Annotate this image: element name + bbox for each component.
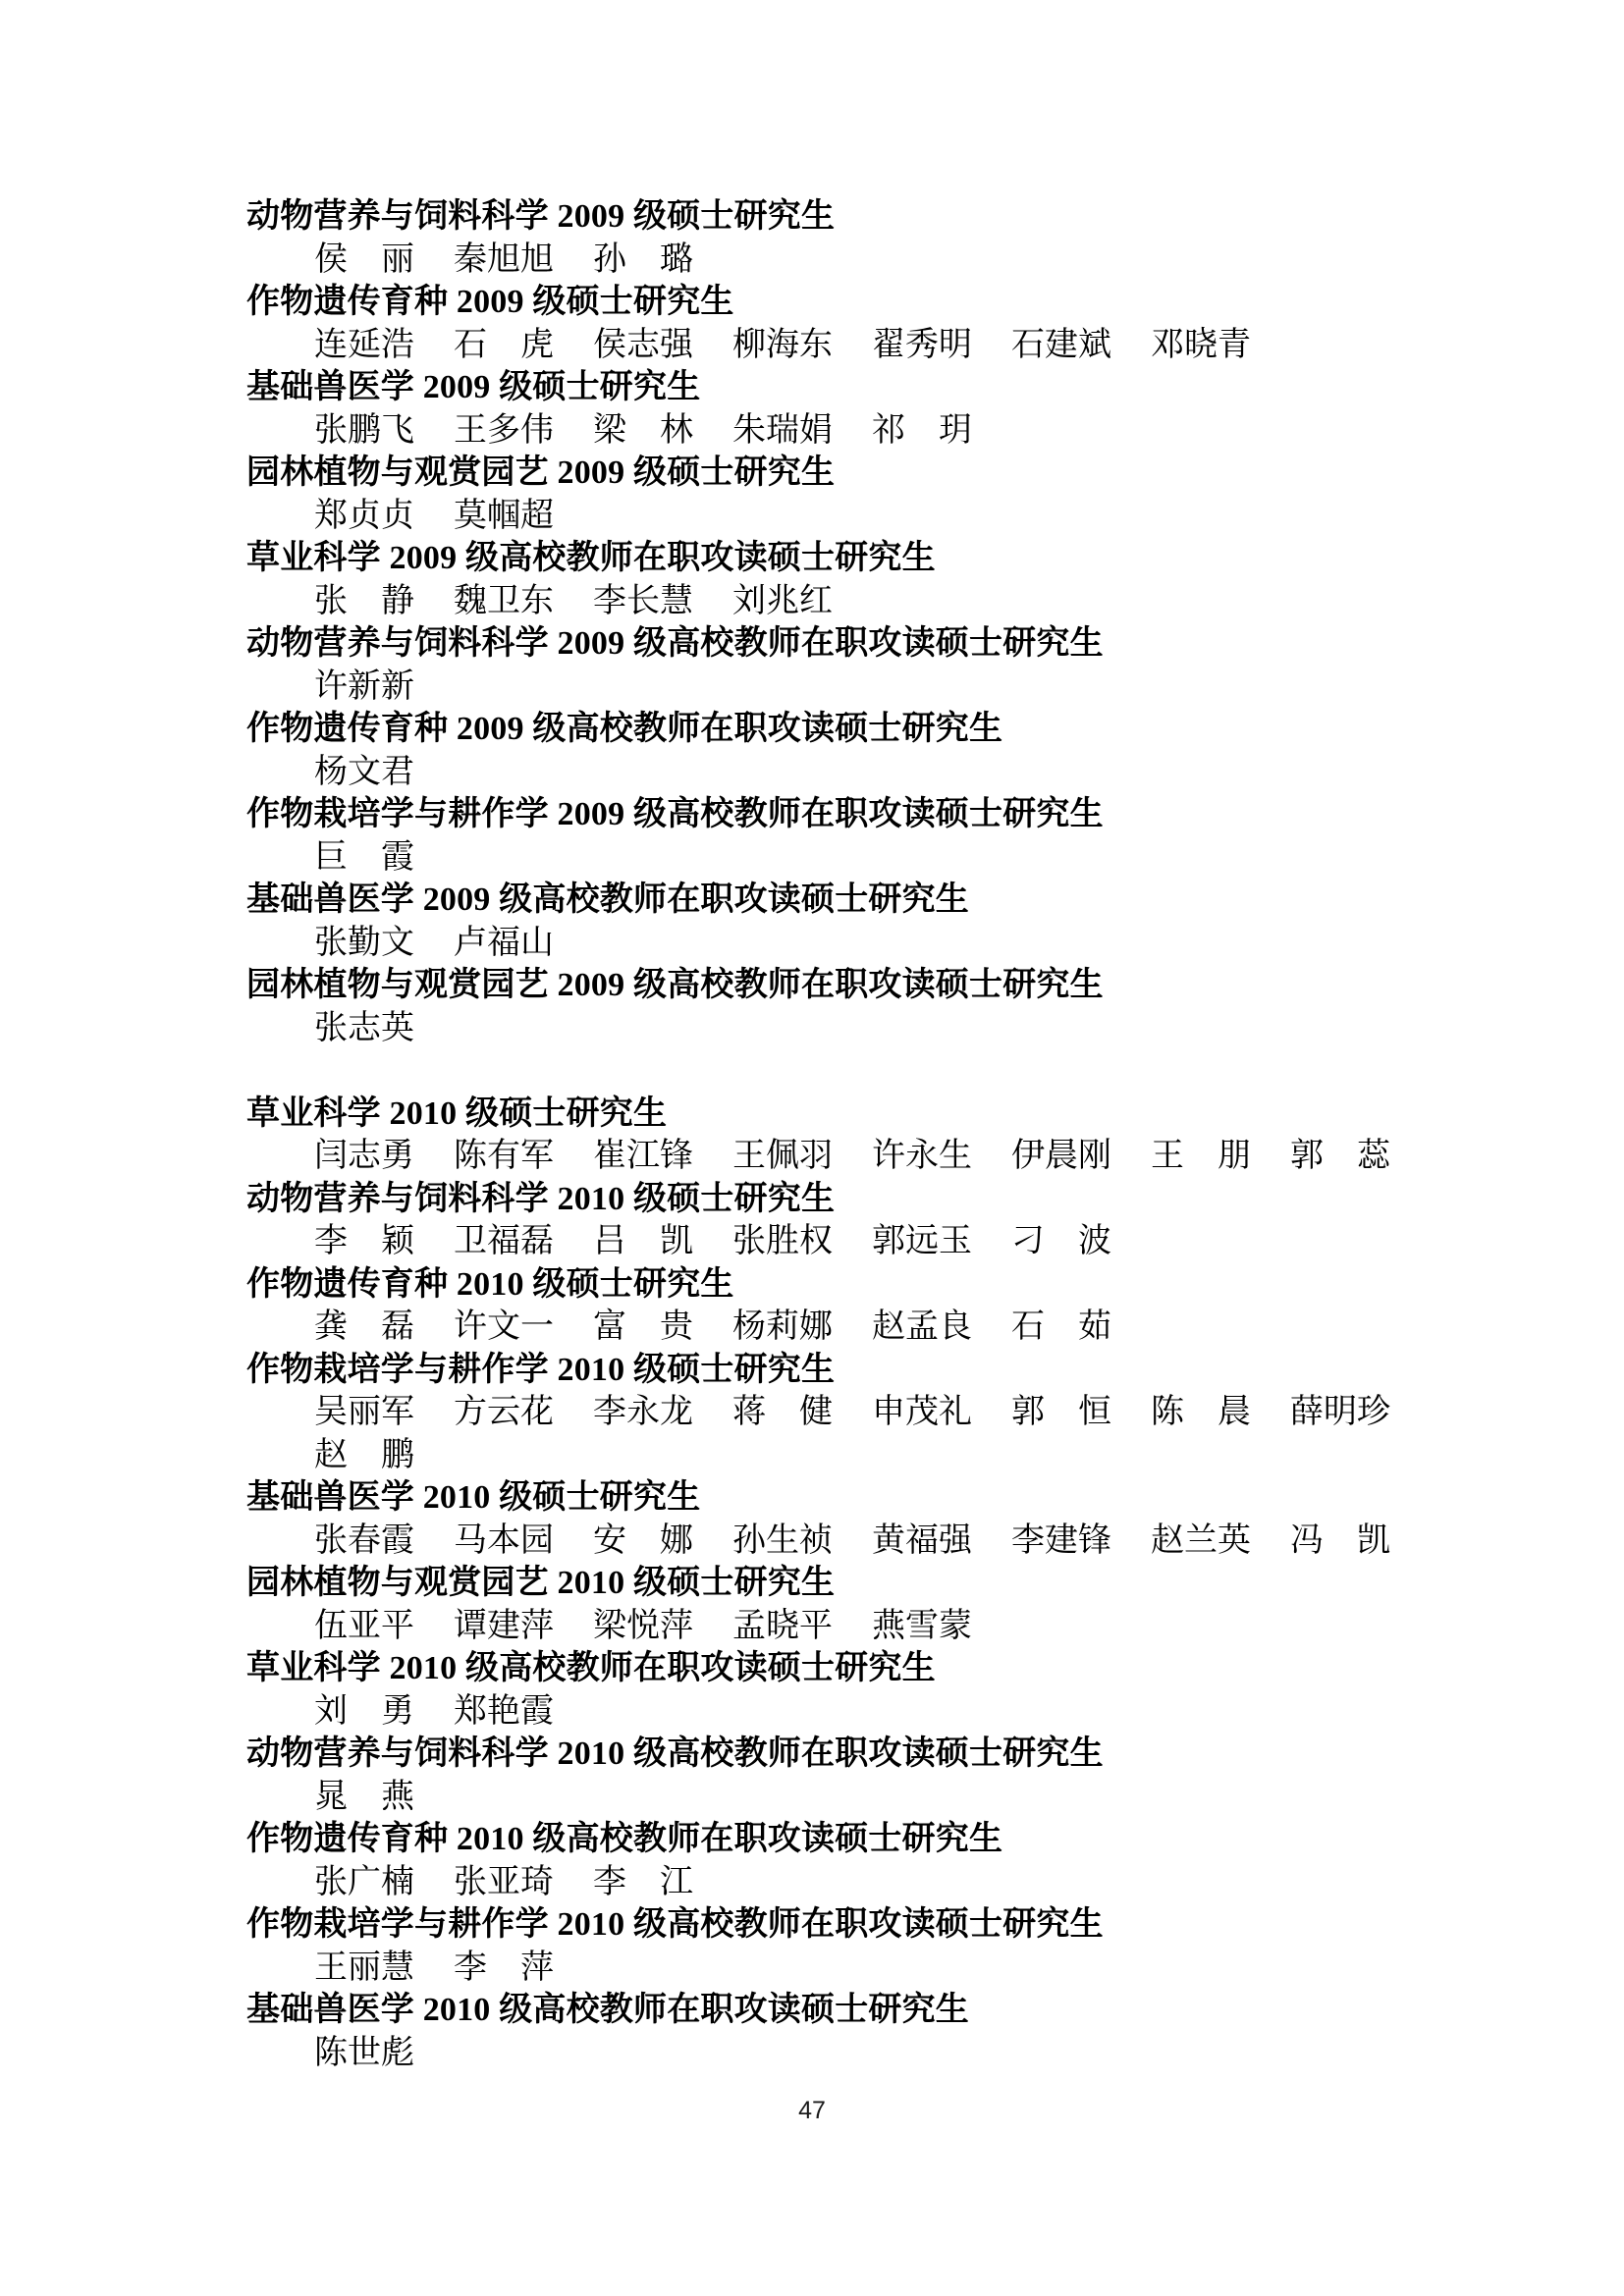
student-name: 王佩羽	[732, 1135, 833, 1178]
student-names-row: 张鹏飞王多伟梁 林朱瑞娟祁 玥	[246, 409, 1439, 453]
student-name: 陈有军	[454, 1135, 554, 1178]
student-name: 赵孟良	[872, 1306, 972, 1349]
student-name: 王丽慧	[314, 1947, 414, 1990]
student-name: 伍亚平	[314, 1605, 414, 1648]
student-name: 卢福山	[454, 922, 554, 965]
section-title: 作物遗传育种 2010 级硕士研究生	[246, 1263, 1439, 1307]
student-name: 朱瑞娟	[732, 409, 833, 453]
student-name: 谭建萍	[454, 1605, 554, 1648]
student-name: 陈 晨	[1151, 1391, 1251, 1434]
student-name: 邓晓青	[1151, 324, 1251, 367]
student-name: 黄福强	[872, 1520, 972, 1563]
student-name: 孙 璐	[593, 239, 693, 282]
section-title: 作物栽培学与耕作学 2010 级高校教师在职攻读硕士研究生	[246, 1903, 1439, 1947]
section-title: 动物营养与饲料科学 2010 级高校教师在职攻读硕士研究生	[246, 1733, 1439, 1776]
student-name: 张 静	[314, 580, 414, 623]
section-title: 基础兽医学 2009 级硕士研究生	[246, 366, 1439, 409]
student-names-row: 郑贞贞莫帼超	[246, 495, 1439, 538]
student-names-row: 吴丽军方云花李永龙蒋 健申茂礼郭 恒陈 晨薛明珍	[246, 1391, 1439, 1434]
student-names-row: 李 颖卫福磊吕 凯张胜权郭远玉刁 波	[246, 1220, 1439, 1263]
section-title: 基础兽医学 2010 级高校教师在职攻读硕士研究生	[246, 1989, 1439, 2032]
student-names-row: 闫志勇陈有军崔江锋王佩羽许永生伊晨刚王 朋郭 蕊	[246, 1135, 1439, 1178]
student-name: 王 朋	[1151, 1135, 1251, 1178]
section-title: 草业科学 2009 级高校教师在职攻读硕士研究生	[246, 537, 1439, 580]
student-name: 秦旭旭	[454, 239, 554, 282]
section-title: 园林植物与观赏园艺 2009 级高校教师在职攻读硕士研究生	[246, 964, 1439, 1007]
student-roster: 动物营养与饲料科学 2009 级硕士研究生侯 丽秦旭旭孙 璐作物遗传育种 200…	[246, 195, 1439, 2074]
student-name: 杨文君	[314, 751, 414, 794]
student-name: 蒋 健	[732, 1391, 833, 1434]
student-name: 闫志勇	[314, 1135, 414, 1178]
student-name: 赵兰英	[1151, 1520, 1251, 1563]
student-name: 郭远玉	[872, 1220, 972, 1263]
page-number: 47	[0, 2097, 1624, 2125]
student-name: 龚 磊	[314, 1306, 414, 1349]
section-title: 作物遗传育种 2009 级硕士研究生	[246, 281, 1439, 324]
student-name: 吕 凯	[593, 1220, 693, 1263]
student-names-row: 刘 勇郑艳霞	[246, 1690, 1439, 1734]
section-title: 作物遗传育种 2009 级高校教师在职攻读硕士研究生	[246, 708, 1439, 751]
section-title: 作物栽培学与耕作学 2009 级高校教师在职攻读硕士研究生	[246, 793, 1439, 836]
student-name: 梁悦萍	[593, 1605, 693, 1648]
section-title: 园林植物与观赏园艺 2010 级硕士研究生	[246, 1562, 1439, 1605]
student-names-row: 张春霞马本园安 娜孙生祯黄福强李建锋赵兰英冯 凯	[246, 1520, 1439, 1563]
student-names-row: 连延浩石 虎侯志强柳海东翟秀明石建斌邓晓青	[246, 324, 1439, 367]
student-names-row: 杨文君	[246, 751, 1439, 794]
student-name: 李 江	[593, 1861, 693, 1904]
student-name: 许文一	[454, 1306, 554, 1349]
student-names-row: 王丽慧李 萍	[246, 1947, 1439, 1990]
student-name: 魏卫东	[454, 580, 554, 623]
student-name: 刘兆红	[732, 580, 833, 623]
student-name: 申茂礼	[872, 1391, 972, 1434]
student-name: 许永生	[872, 1135, 972, 1178]
document-page: 动物营养与饲料科学 2009 级硕士研究生侯 丽秦旭旭孙 璐作物遗传育种 200…	[0, 0, 1624, 2296]
student-name: 李长慧	[593, 580, 693, 623]
student-name: 连延浩	[314, 324, 414, 367]
student-name: 李 颖	[314, 1220, 414, 1263]
year-block: 草业科学 2010 级硕士研究生闫志勇陈有军崔江锋王佩羽许永生伊晨刚王 朋郭 蕊…	[246, 1093, 1439, 2075]
student-names-row: 侯 丽秦旭旭孙 璐	[246, 239, 1439, 282]
section-title: 作物栽培学与耕作学 2010 级硕士研究生	[246, 1349, 1439, 1392]
student-names-row: 赵 鹏	[246, 1434, 1439, 1477]
student-names-row: 巨 霞	[246, 836, 1439, 880]
student-name: 薛明珍	[1290, 1391, 1390, 1434]
student-names-row: 张勤文卢福山	[246, 922, 1439, 965]
student-name: 郑艳霞	[454, 1690, 554, 1734]
student-name: 伊晨刚	[1011, 1135, 1111, 1178]
section-title: 草业科学 2010 级硕士研究生	[246, 1093, 1439, 1136]
student-name: 李建锋	[1011, 1520, 1111, 1563]
section-title: 作物遗传育种 2010 级高校教师在职攻读硕士研究生	[246, 1818, 1439, 1861]
student-name: 刁 波	[1011, 1220, 1111, 1263]
section-title: 动物营养与饲料科学 2009 级硕士研究生	[246, 195, 1439, 239]
student-names-row: 龚 磊许文一富 贵杨莉娜赵孟良石 茹	[246, 1306, 1439, 1349]
student-name: 巨 霞	[314, 836, 414, 880]
section-title: 基础兽医学 2010 级硕士研究生	[246, 1476, 1439, 1520]
student-name: 柳海东	[732, 324, 833, 367]
student-names-row: 张 静魏卫东李长慧刘兆红	[246, 580, 1439, 623]
student-name: 石 虎	[454, 324, 554, 367]
student-name: 马本园	[454, 1520, 554, 1563]
student-name: 杨莉娜	[732, 1306, 833, 1349]
student-name: 郭 恒	[1011, 1391, 1111, 1434]
student-name: 王多伟	[454, 409, 554, 453]
student-name: 燕雪蒙	[872, 1605, 972, 1648]
student-name: 许新新	[314, 666, 414, 709]
student-name: 李 萍	[454, 1947, 554, 1990]
student-names-row: 张志英	[246, 1007, 1439, 1050]
student-name: 莫帼超	[454, 495, 554, 538]
student-name: 晁 燕	[314, 1776, 414, 1819]
student-name: 冯 凯	[1290, 1520, 1390, 1563]
student-names-row: 伍亚平谭建萍梁悦萍孟晓平燕雪蒙	[246, 1605, 1439, 1648]
student-name: 侯志强	[593, 324, 693, 367]
student-name: 郑贞贞	[314, 495, 414, 538]
student-name: 张亚琦	[454, 1861, 554, 1904]
student-name: 翟秀明	[872, 324, 972, 367]
student-name: 梁 林	[593, 409, 693, 453]
student-name: 吴丽军	[314, 1391, 414, 1434]
student-name: 陈世彪	[314, 2032, 414, 2075]
student-name: 孟晓平	[732, 1605, 833, 1648]
student-names-row: 陈世彪	[246, 2032, 1439, 2075]
student-name: 张春霞	[314, 1520, 414, 1563]
student-names-row: 晁 燕	[246, 1776, 1439, 1819]
student-name: 张勤文	[314, 922, 414, 965]
student-name: 安 娜	[593, 1520, 693, 1563]
student-names-row: 许新新	[246, 666, 1439, 709]
student-name: 侯 丽	[314, 239, 414, 282]
student-name: 石建斌	[1011, 324, 1111, 367]
student-name: 张鹏飞	[314, 409, 414, 453]
section-title: 基础兽医学 2009 级高校教师在职攻读硕士研究生	[246, 879, 1439, 922]
student-name: 张广楠	[314, 1861, 414, 1904]
student-name: 卫福磊	[454, 1220, 554, 1263]
student-name: 刘 勇	[314, 1690, 414, 1734]
section-title: 园林植物与观赏园艺 2009 级硕士研究生	[246, 452, 1439, 495]
section-title: 动物营养与饲料科学 2010 级硕士研究生	[246, 1178, 1439, 1221]
student-name: 方云花	[454, 1391, 554, 1434]
student-name: 张胜权	[732, 1220, 833, 1263]
student-name: 石 茹	[1011, 1306, 1111, 1349]
section-title: 草业科学 2010 级高校教师在职攻读硕士研究生	[246, 1647, 1439, 1690]
section-title: 动物营养与饲料科学 2009 级高校教师在职攻读硕士研究生	[246, 622, 1439, 666]
student-names-row: 张广楠张亚琦李 江	[246, 1861, 1439, 1904]
student-name: 孙生祯	[732, 1520, 833, 1563]
year-block: 动物营养与饲料科学 2009 级硕士研究生侯 丽秦旭旭孙 璐作物遗传育种 200…	[246, 195, 1439, 1049]
student-name: 赵 鹏	[314, 1434, 414, 1477]
student-name: 李永龙	[593, 1391, 693, 1434]
student-name: 郭 蕊	[1290, 1135, 1390, 1178]
student-name: 富 贵	[593, 1306, 693, 1349]
student-name: 崔江锋	[593, 1135, 693, 1178]
student-name: 祁 玥	[872, 409, 972, 453]
student-name: 张志英	[314, 1007, 414, 1050]
